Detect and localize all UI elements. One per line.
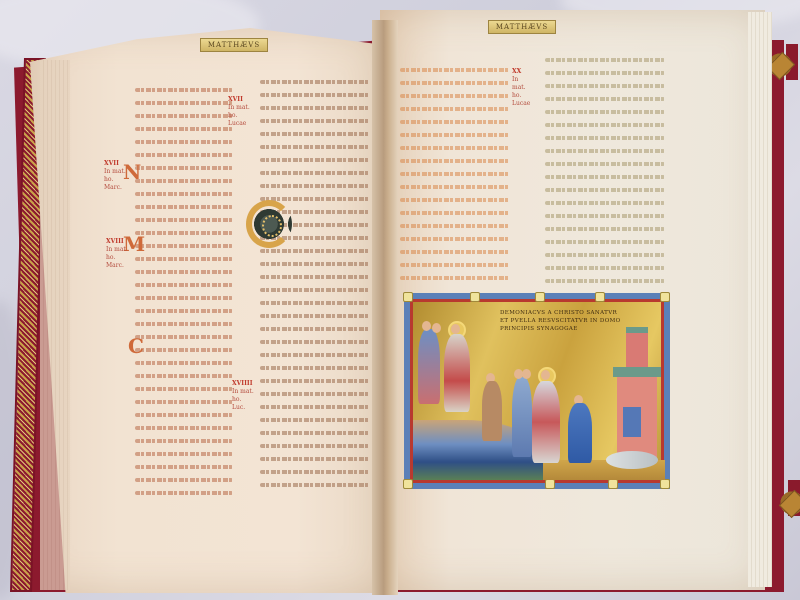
jairus-figure <box>568 403 592 463</box>
house-building <box>611 327 661 457</box>
demoniac-figure <box>482 381 502 441</box>
book-gutter <box>372 20 398 595</box>
apostle-head <box>432 323 441 333</box>
apostle-figure <box>418 329 440 404</box>
frame-stud <box>403 479 413 489</box>
frame-stud <box>595 292 605 302</box>
marginal-note: XVIIII In mat. ho. Luc. <box>232 380 254 412</box>
christ-head <box>451 324 460 334</box>
illuminated-initial-c <box>246 200 292 248</box>
frame-stud <box>608 479 618 489</box>
apostle-figure <box>512 377 532 457</box>
marginal-note: XVII In mat. ho. Lucae <box>228 96 250 128</box>
christ-head <box>541 370 550 380</box>
frame-stud <box>403 292 413 302</box>
clasp-bottom-icon <box>780 488 800 518</box>
apostle-head <box>522 369 531 379</box>
marginal-note: XVIII In mat. ho. Marc. <box>106 238 128 270</box>
red-initial: C <box>128 334 144 358</box>
left-running-header: MATTHÆVS <box>200 38 268 52</box>
left-page-text-column-1 <box>135 88 233 504</box>
frame-stud <box>535 292 545 302</box>
daughter-figure <box>606 451 658 469</box>
right-running-header: MATTHÆVS <box>488 20 556 34</box>
miniature-painting: DEMONIACVS A CHRISTO SANATVR ET PVELLA R… <box>404 293 670 489</box>
right-page-text-column-2 <box>545 58 665 292</box>
apostle-head <box>422 321 431 331</box>
left-page-text-column-2 <box>260 80 370 496</box>
marginal-note: XX In mat. ho. Lucae <box>512 68 532 108</box>
frame-stud <box>660 479 670 489</box>
frame-stud <box>470 292 480 302</box>
left-page-edges <box>40 60 70 590</box>
right-page-text-column-1 <box>400 68 510 289</box>
right-page-edges <box>748 12 772 587</box>
frame-stud <box>545 479 555 489</box>
christ-figure <box>444 334 470 412</box>
marginal-note: XVII In mat. ho. Marc. <box>104 160 126 192</box>
frame-stud <box>660 292 670 302</box>
christ-figure <box>532 381 560 463</box>
